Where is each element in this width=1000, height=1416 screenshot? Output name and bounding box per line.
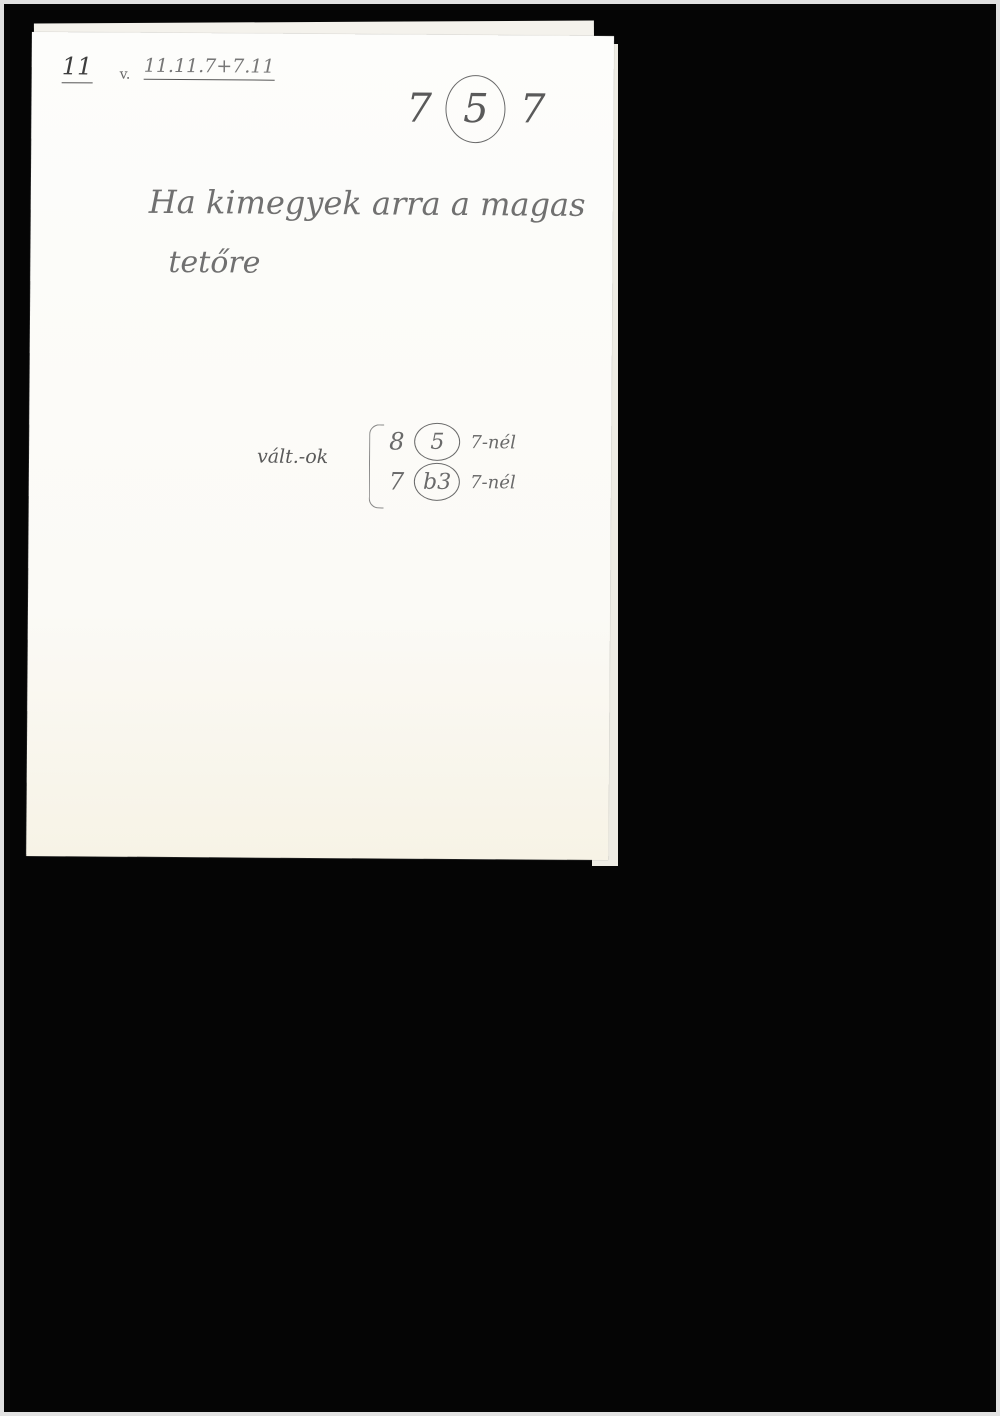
variants-label: vált.-ok [257,446,328,468]
cadence-circled: 5 [446,75,506,143]
incipit-line-1: Ha kimegyek arra a magas [149,183,586,224]
variant-last: 7-nél [470,432,516,453]
variants-bracket [369,424,385,508]
variant-row: 7 b3 7-nél [389,463,516,502]
cadence-right: 7 [520,86,546,132]
index-card: 11 v. 11.11.7+7.11 7 5 7 Ha kimegyek arr… [26,32,614,860]
variant-first: 7 [389,468,404,496]
variant-last: 7-nél [470,472,516,493]
catalog-number: 11 [62,52,93,83]
syllable-structure: 11.11.7+7.11 [144,55,275,81]
variant-row: 8 5 7-nél [389,423,516,462]
cadence-formula: 7 5 7 [406,75,545,144]
incipit-line-2: tetőre [168,245,260,281]
v-mark: v. [120,67,131,83]
cadence-left: 7 [406,86,432,132]
variant-circled: 5 [414,423,460,461]
variant-circled: b3 [414,463,460,501]
variant-first: 8 [389,428,404,456]
